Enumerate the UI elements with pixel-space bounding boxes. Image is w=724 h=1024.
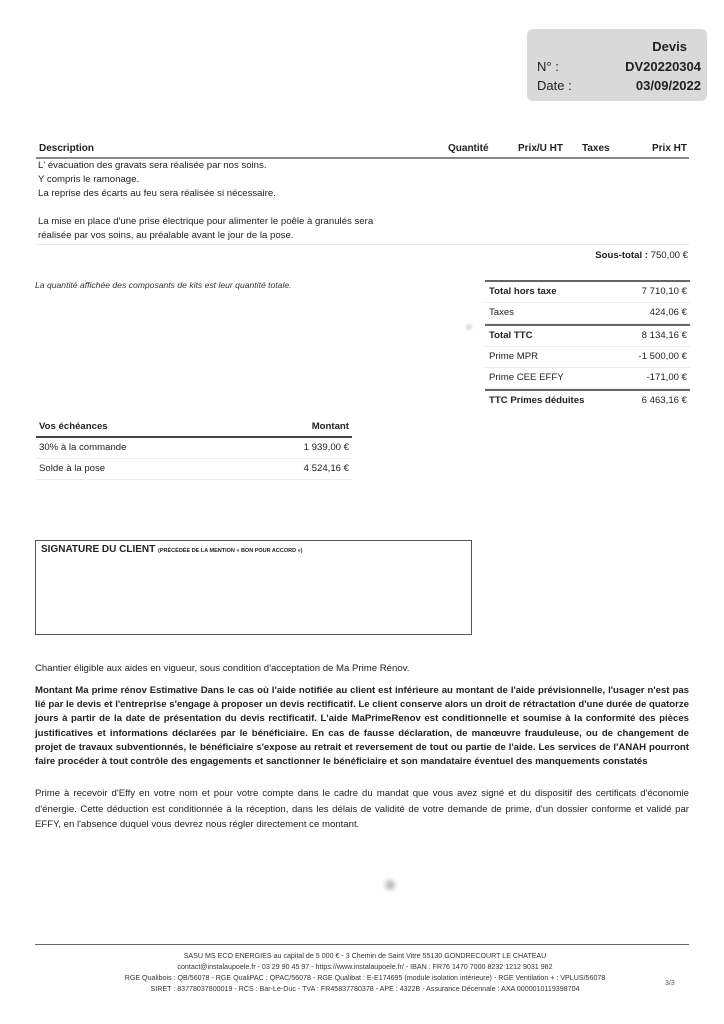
description-line: La mise en place d'une prise électrique … — [38, 215, 373, 229]
subtotal-label: Sous-total : — [595, 250, 648, 261]
signature-box[interactable]: SIGNATURE DU CLIENT (PRÉCÉDÉE DE LA MENT… — [35, 540, 472, 635]
footer-line: SASU MS ECO ENERGIES au capital de 5 000… — [120, 951, 610, 962]
items-table-header: Description Quantité Prix/U HT Taxes Pri… — [36, 141, 689, 159]
document-type: Devis — [527, 39, 687, 54]
subtotal-value: 750,00 € — [651, 250, 688, 261]
total-ht-row: Total hors taxe 7 710,10 € — [485, 280, 690, 303]
taxes-row: Taxes 424,06 € — [485, 303, 690, 324]
description-line: La reprise des écarts au feu sera réalis… — [38, 187, 373, 201]
prime-mpr-row: Prime MPR -1 500,00 € — [485, 347, 690, 368]
document-header-box: Devis N° : DV20220304 Date : 03/09/2022 — [527, 29, 707, 101]
quote-number-label: N° : — [537, 59, 559, 74]
kit-quantity-note: La quantité affichée des composants de k… — [35, 280, 292, 290]
effy-prime-note: Prime à recevoir d'Effy en votre nom et … — [35, 786, 689, 833]
col-description: Description — [39, 143, 94, 154]
footer-line: contact@instalaupoele.fr - 03 29 90 45 9… — [120, 962, 610, 973]
description-line: Y compris le ramonage. — [38, 173, 373, 187]
eligibility-note: Chantier éligible aux aides en vigueur, … — [35, 663, 689, 674]
description-line: réalisée par vos soins, au préalable ava… — [38, 229, 373, 243]
quote-number-row: N° : DV20220304 — [537, 59, 701, 74]
scan-artifact — [385, 880, 395, 890]
company-footer: SASU MS ECO ENERGIES au capital de 5 000… — [120, 951, 610, 995]
schedule-row: Solde à la pose 4 524,16 € — [36, 459, 352, 480]
col-taxes: Taxes — [582, 143, 610, 154]
schedule-row: 30% à la commande 1 939,00 € — [36, 438, 352, 459]
prime-cee-row: Prime CEE EFFY -171,00 € — [485, 368, 690, 389]
totals-table: Total hors taxe 7 710,10 € Taxes 424,06 … — [485, 280, 690, 411]
total-ttc-row: Total TTC 8 134,16 € — [485, 324, 690, 347]
footer-line: RGE Qualibois : QB/56078 - RGE QualiPAC … — [120, 973, 610, 984]
item-description: L' évacuation des gravats sera réalisée … — [38, 159, 373, 243]
maprimerenov-disclaimer: Montant Ma prime rénov Estimative Dans l… — [35, 684, 689, 769]
col-unit-price: Prix/U HT — [518, 143, 563, 154]
signature-title: SIGNATURE DU CLIENT (PRÉCÉDÉE DE LA MENT… — [41, 544, 302, 555]
quote-number: DV20220304 — [625, 59, 701, 74]
col-price-ht: Prix HT — [652, 143, 687, 154]
footer-divider — [35, 944, 689, 945]
subtotal: Sous-total : 750,00 € — [595, 250, 688, 261]
signature-subtitle: (PRÉCÉDÉE DE LA MENTION « BON POUR ACCOR… — [158, 548, 302, 554]
payment-schedule: Vos échéances Montant 30% à la commande … — [36, 420, 352, 480]
page-number: 3/3 — [665, 980, 675, 987]
ttc-net-row: TTC Primes déduites 6 463,16 € — [485, 389, 690, 411]
footer-line: SIRET : 83778037800019 - RCS : Bar-Le-Du… — [120, 984, 610, 995]
quote-date-label: Date : — [537, 78, 572, 93]
description-line — [38, 201, 373, 215]
schedule-header: Vos échéances Montant — [36, 420, 352, 438]
row-divider — [36, 244, 689, 245]
description-line: L' évacuation des gravats sera réalisée … — [38, 159, 373, 173]
col-quantity: Quantité — [448, 143, 489, 154]
quote-date: 03/09/2022 — [636, 78, 701, 93]
scan-artifact — [466, 324, 472, 330]
quote-date-row: Date : 03/09/2022 — [537, 78, 701, 93]
